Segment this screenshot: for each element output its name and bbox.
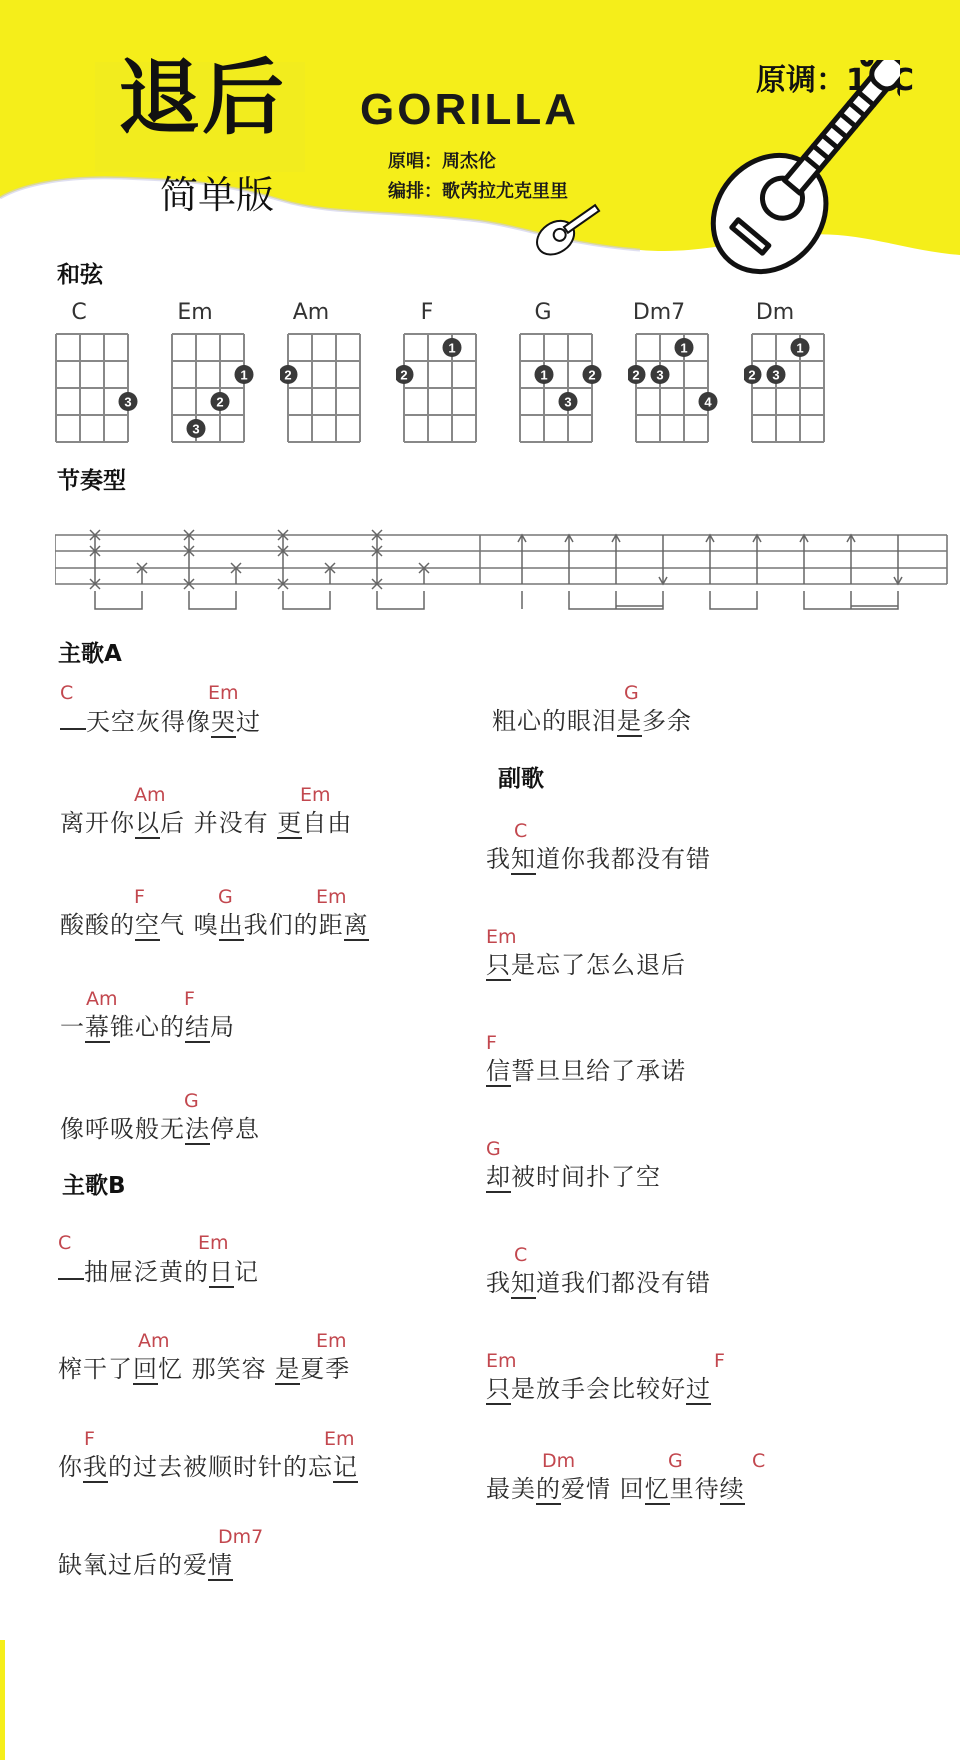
fretboard-grid: 123 [512, 332, 602, 444]
svg-text:3: 3 [772, 368, 779, 383]
chord-label: Em [316, 1330, 347, 1352]
svg-text:3: 3 [124, 395, 131, 410]
chord-labels: CEm [60, 682, 261, 706]
chord-name: Dm7 [614, 300, 704, 325]
rhythm-section-title: 节奏型 [57, 470, 126, 493]
lyric-text: 一幕锥心的结局 [60, 1012, 235, 1042]
chord-labels: FGEm [60, 886, 369, 910]
chord-labels: C [486, 820, 711, 844]
lyric-line: Em只是忘了怎么退后 [486, 926, 686, 980]
verse-b-title: 主歌B [62, 1175, 126, 1198]
lyric-line: F信誓旦旦给了承诺 [486, 1032, 686, 1086]
chorus-title: 副歌 [498, 768, 544, 791]
chord-label: Em [198, 1232, 229, 1254]
chord-labels: G [486, 1138, 661, 1162]
lyric-text: 我知道你我都没有错 [486, 844, 711, 874]
lyric-line: CEm天空灰得像哭过 [60, 682, 261, 737]
lyric-line: G粗心的眼泪是多余 [492, 682, 692, 736]
lyric-line: EmF只是放手会比较好过 [486, 1350, 711, 1404]
lyric-text: 只是放手会比较好过 [486, 1374, 711, 1404]
chord-name: Em [150, 300, 240, 325]
svg-text:2: 2 [588, 368, 595, 383]
lead-in-blank [58, 1256, 84, 1280]
lyric-line: AmEm离开你以后 并没有 更自由 [60, 784, 352, 838]
lyric-text: 粗心的眼泪是多余 [492, 706, 692, 736]
ukulele-small-icon [525, 190, 605, 260]
svg-text:1: 1 [680, 341, 687, 356]
lyric-line: C我知道我们都没有错 [486, 1244, 711, 1298]
chords-section-title: 和弦 [57, 264, 103, 287]
lyric-text: 我知道我们都没有错 [486, 1268, 711, 1298]
chord-label: F [714, 1350, 725, 1372]
chord-labels: AmEm [58, 1330, 350, 1354]
chord-name: Dm [730, 300, 820, 325]
svg-text:3: 3 [564, 395, 571, 410]
chord-label: C [752, 1450, 765, 1472]
chord-label: C [58, 1232, 71, 1254]
fretboard-grid: 12 [396, 332, 486, 444]
chord-label: Em [300, 784, 331, 806]
svg-text:2: 2 [284, 368, 291, 383]
version-label: 简单版 [160, 176, 274, 214]
svg-text:2: 2 [632, 368, 639, 383]
lyric-line: G像呼吸般无法停息 [60, 1090, 260, 1144]
chord-label: F [486, 1032, 497, 1054]
chord-label: Em [486, 1350, 517, 1372]
chord-label: G [486, 1138, 501, 1160]
chord-label: Am [86, 988, 118, 1010]
chord-label: Em [316, 886, 347, 908]
rhythm-pattern-staff [55, 525, 950, 615]
chord-labels: EmF [486, 1350, 711, 1374]
lyric-text: 只是忘了怎么退后 [486, 950, 686, 980]
chord-label: Em [324, 1428, 355, 1450]
chord-label: C [514, 820, 527, 842]
chord-label: F [84, 1428, 95, 1450]
chord-labels: AmF [60, 988, 235, 1012]
chord-labels: G [492, 682, 692, 706]
lyric-text: 却被时间扑了空 [486, 1162, 661, 1192]
svg-text:1: 1 [448, 341, 455, 356]
svg-text:1: 1 [796, 341, 803, 356]
lyric-text: 天空灰得像哭过 [60, 706, 261, 737]
fretboard-grid: 2 [280, 332, 370, 444]
lyric-line: AmF一幕锥心的结局 [60, 988, 235, 1042]
verse-a-title: 主歌A [58, 643, 122, 666]
chord-labels: G [60, 1090, 260, 1114]
chord-label: C [514, 1244, 527, 1266]
lyric-text: 信誓旦旦给了承诺 [486, 1056, 686, 1086]
chord-labels: CEm [58, 1232, 259, 1256]
ukulele-large-icon [660, 60, 900, 280]
lyric-text: 像呼吸般无法停息 [60, 1114, 260, 1144]
lyric-text: 榨干了回忆 那笑容 是夏季 [58, 1354, 350, 1384]
lyric-text: 你我的过去被顺时针的忘记 [58, 1452, 358, 1482]
lyric-text: 最美的爱情 回忆里待续 [486, 1474, 745, 1504]
chord-label: G [218, 886, 233, 908]
chord-labels: Em [486, 926, 686, 950]
chord-label: G [624, 682, 639, 704]
lyric-line: DmGC最美的爱情 回忆里待续 [486, 1450, 745, 1504]
chord-label: F [134, 886, 145, 908]
chord-name: G [498, 300, 588, 325]
fretboard-grid: 123 [164, 332, 254, 444]
chord-label: Dm [542, 1450, 575, 1472]
fretboard-grid: 123 [744, 332, 834, 444]
chord-labels: FEm [58, 1428, 358, 1452]
chord-name: F [382, 300, 472, 325]
chord-labels: F [486, 1032, 686, 1056]
chord-label: Em [486, 926, 517, 948]
svg-text:2: 2 [748, 368, 755, 383]
chord-labels: DmGC [486, 1450, 745, 1474]
original-singer: 原唱：周杰伦 [388, 153, 496, 171]
chord-label: Dm7 [218, 1526, 263, 1548]
lyric-text: 酸酸的空气 嗅出我们的距离 [60, 910, 369, 940]
lyric-line: FEm你我的过去被顺时针的忘记 [58, 1428, 358, 1482]
lyric-line: CEm抽屉泛黄的日记 [58, 1232, 259, 1287]
chord-label: Am [138, 1330, 170, 1352]
fretboard-grid: 1234 [628, 332, 718, 444]
chord-label: Am [134, 784, 166, 806]
chord-name: Am [266, 300, 356, 325]
header-banner: 退后 简单版 GORILLA 原唱：周杰伦 编排：歌芮拉尤克里里 原调：1=C [0, 0, 960, 260]
lyric-text: 缺氧过后的爱情 [58, 1550, 233, 1580]
chord-name: C [34, 300, 124, 325]
svg-text:1: 1 [240, 368, 247, 383]
lyric-text: 抽屉泛黄的日记 [58, 1256, 259, 1287]
fretboard-grid: 3 [48, 332, 138, 444]
svg-text:4: 4 [704, 395, 712, 410]
chord-label: F [184, 988, 195, 1010]
brand-logo: GORILLA [360, 88, 579, 132]
chord-labels: C [486, 1244, 711, 1268]
lyric-text: 离开你以后 并没有 更自由 [60, 808, 352, 838]
svg-text:1: 1 [540, 368, 547, 383]
svg-text:2: 2 [216, 395, 223, 410]
lyric-line: C我知道你我都没有错 [486, 820, 711, 874]
chord-label: C [60, 682, 73, 704]
lyric-line: AmEm榨干了回忆 那笑容 是夏季 [58, 1330, 350, 1384]
svg-text:2: 2 [400, 368, 407, 383]
chord-label: Em [208, 682, 239, 704]
chord-label: G [668, 1450, 683, 1472]
chord-label: G [184, 1090, 199, 1112]
lyric-line: FGEm酸酸的空气 嗅出我们的距离 [60, 886, 369, 940]
svg-text:3: 3 [656, 368, 663, 383]
lyric-line: Dm7缺氧过后的爱情 [58, 1526, 233, 1580]
lyric-line: G却被时间扑了空 [486, 1138, 661, 1192]
yellow-edge-strip [0, 1640, 5, 1760]
chord-labels: AmEm [60, 784, 352, 808]
song-title: 退后 [118, 58, 286, 140]
lead-in-blank [60, 706, 86, 730]
svg-text:3: 3 [192, 422, 199, 437]
chord-labels: Dm7 [58, 1526, 233, 1550]
